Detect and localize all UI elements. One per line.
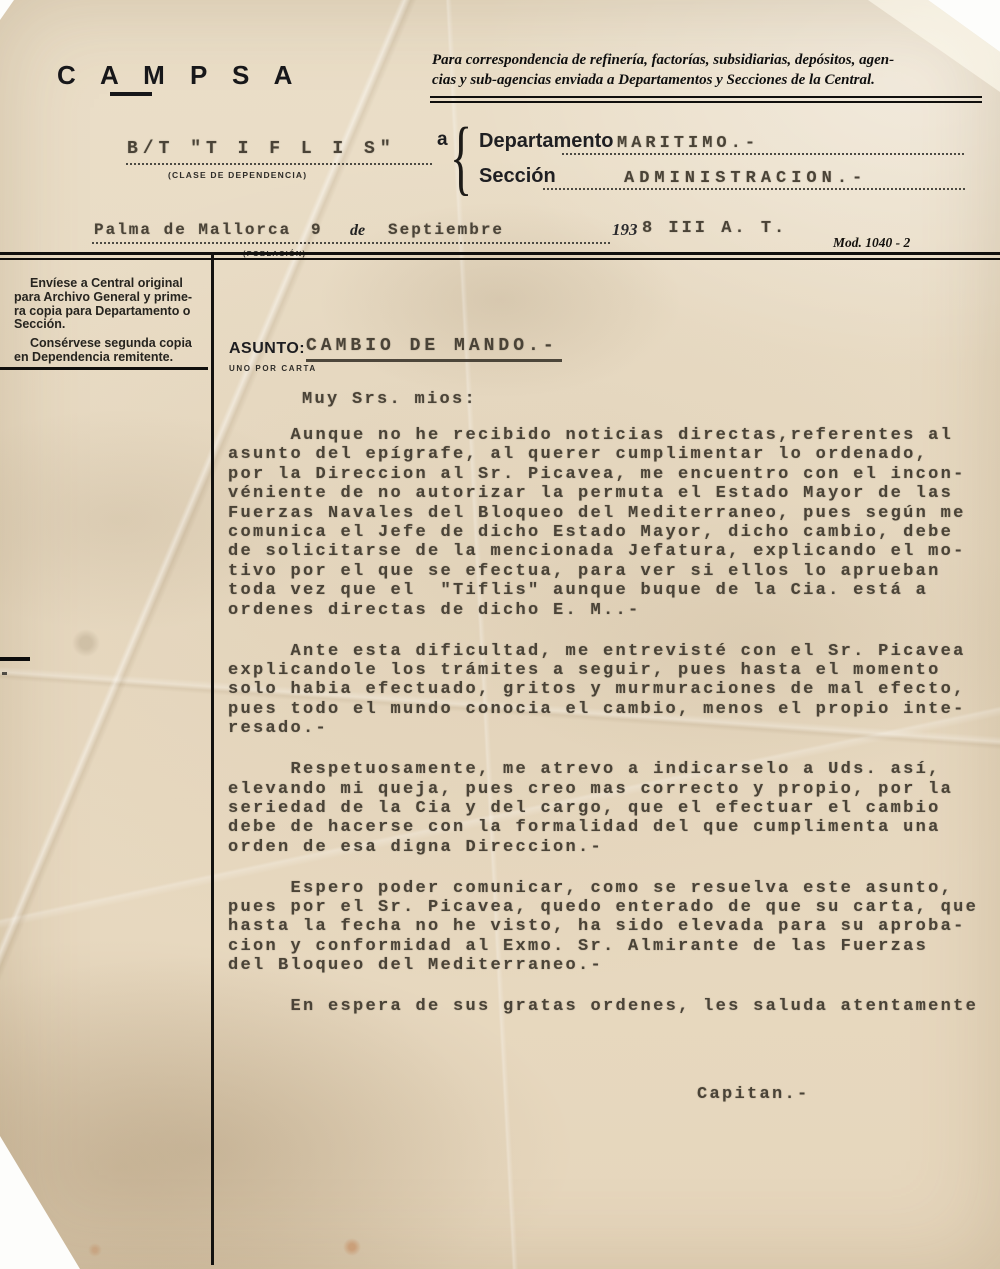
- margin-vertical-rule: [211, 252, 214, 1265]
- subject-label: ASUNTO:: [229, 340, 305, 358]
- body-paragraph: Aunque no he recibido noticias directas,…: [228, 426, 984, 620]
- header-separator-top: [0, 252, 1000, 255]
- closing-line: En espera de sus gratas ordenes, les sal…: [228, 997, 984, 1016]
- dateline-place: Palma de Mallorca: [94, 221, 291, 239]
- logo-underline: [110, 92, 152, 96]
- dependency-value: B/T "T I F L I S": [127, 139, 396, 159]
- departamento-dotted-line: [562, 153, 964, 155]
- routing-underline-bottom: [430, 101, 982, 103]
- routing-note: Para correspondencia de refinería, facto…: [432, 50, 984, 90]
- seccion-label: Sección: [479, 165, 556, 188]
- salutation: Muy Srs. mios:: [302, 390, 477, 409]
- left-edge-dot: [2, 672, 7, 675]
- signature: Capitan.-: [697, 1085, 810, 1104]
- dateline-dotted-line: [92, 242, 610, 244]
- left-edge-mark: [0, 657, 30, 661]
- campsa-logo: C A M P S A: [57, 60, 301, 91]
- subject-value: CAMBIO DE MANDO.-: [306, 336, 562, 362]
- instructions-para-2: Consérvese segunda copia en Dependencia …: [14, 337, 210, 365]
- mod-number: Mod. 1040 - 2: [833, 235, 910, 251]
- instructions-box: Envíese a Central original para Archivo …: [14, 277, 210, 370]
- instructions-para-1: Envíese a Central original para Archivo …: [14, 277, 210, 332]
- instructions-box-bottom-rule: [0, 367, 208, 370]
- body-paragraph: Espero poder comunicar, como se resuelva…: [228, 879, 984, 976]
- subject-caption: UNO POR CARTA: [229, 364, 317, 373]
- dependency-dotted-line: [126, 163, 432, 165]
- brace-glyph: {: [450, 116, 472, 200]
- body-paragraph: Respetuosamente, me atrevo a indicarselo…: [228, 760, 984, 857]
- letter-body: Aunque no he recibido noticias directas,…: [228, 426, 984, 1038]
- routing-underline-top: [430, 96, 982, 98]
- body-paragraph: Ante esta dificultad, me entrevisté con …: [228, 642, 984, 739]
- header-separator-bottom: [0, 258, 1000, 260]
- scanned-letter: C A M P S A Para correspondencia de refi…: [0, 0, 1000, 1269]
- seccion-dotted-line: [543, 188, 965, 190]
- departamento-label: Departamento: [479, 130, 613, 153]
- dateline-year-printed: 193: [612, 220, 638, 240]
- to-label: a: [437, 129, 448, 151]
- dateline-year-typed: 8 III A. T.: [642, 219, 787, 238]
- dependency-caption: (CLASE DE DEPENDENCIA): [168, 170, 307, 180]
- dateline-month: Septiembre: [388, 221, 504, 239]
- dateline-day: 9: [311, 221, 323, 239]
- dateline-de: de: [350, 222, 365, 240]
- departamento-value: MARITIMO.-: [617, 134, 759, 153]
- seccion-value: ADMINISTRACION.-: [624, 169, 867, 188]
